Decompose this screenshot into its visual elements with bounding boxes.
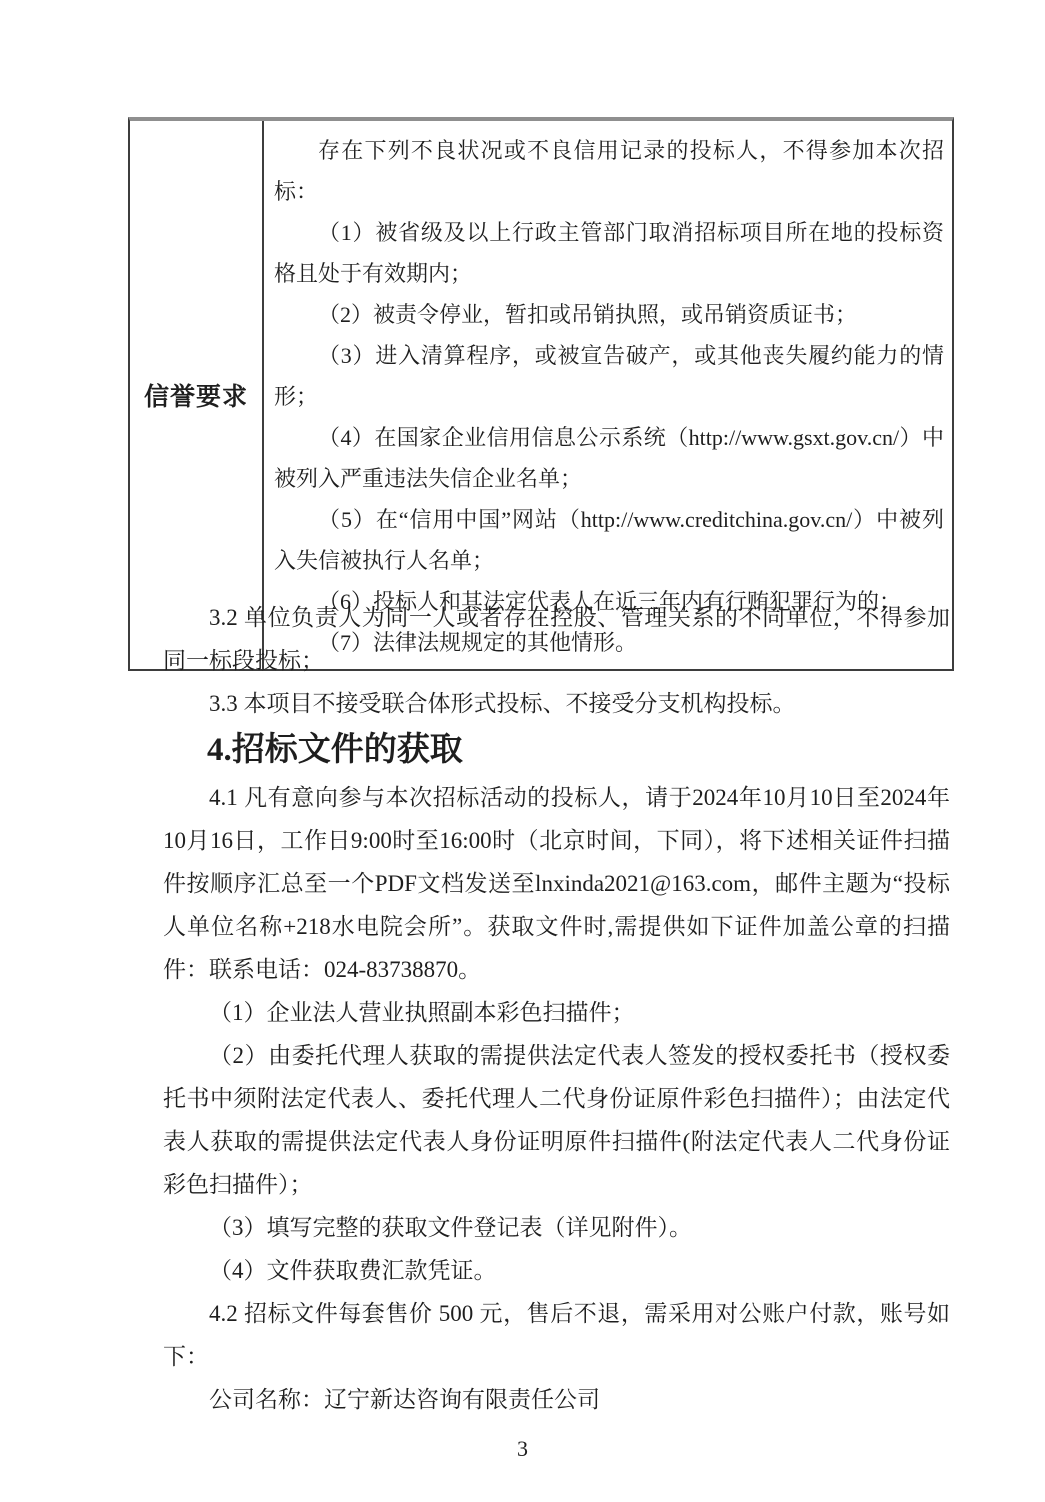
credit-item-5: （5）在“信用中国”网站（http://www.creditchina.gov.…: [274, 499, 944, 581]
doc-item-1: （1）企业法人营业执照副本彩色扫描件；: [163, 991, 950, 1034]
credit-requirements-label: 信誉要求: [144, 377, 248, 413]
clause-4-1: 4.1 凡有意向参与本次招标活动的投标人，请于2024年10月10日至2024年…: [163, 776, 950, 991]
table-label-cell: 信誉要求: [130, 121, 264, 669]
document-page: 信誉要求 存在下列不良状况或不良信用记录的投标人，不得参加本次招标： （1）被省…: [0, 0, 1045, 1502]
credit-intro-line: 存在下列不良状况或不良信用记录的投标人，不得参加本次招标：: [274, 130, 944, 212]
clause-4-2: 4.2 招标文件每套售价 500 元，售后不退，需采用对公账户付款，账号如下：: [163, 1292, 950, 1378]
company-name-line: 公司名称：辽宁新达咨询有限责任公司: [163, 1378, 950, 1421]
credit-item-1: （1）被省级及以上行政主管部门取消招标项目所在地的投标资格且处于有效期内；: [274, 212, 944, 294]
clause-3-2: 3.2 单位负责人为同一人或者存在控股、管理关系的不同单位，不得参加同一标段投标…: [163, 596, 950, 682]
doc-item-4: （4）文件获取费汇款凭证。: [163, 1249, 950, 1292]
credit-item-2: （2）被责令停业，暂扣或吊销执照，或吊销资质证书；: [274, 294, 944, 335]
credit-item-3: （3）进入清算程序，或被宣告破产，或其他丧失履约能力的情形；: [274, 335, 944, 417]
credit-item-4: （4）在国家企业信用信息公示系统（http://www.gsxt.gov.cn/…: [274, 417, 944, 499]
section-4-heading: 4.招标文件的获取: [163, 727, 950, 774]
document-body: 3.2 单位负责人为同一人或者存在控股、管理关系的不同单位，不得参加同一标段投标…: [163, 596, 950, 1421]
clause-3-3: 3.3 本项目不接受联合体形式投标、不接受分支机构投标。: [163, 682, 950, 725]
table-content-cell: 存在下列不良状况或不良信用记录的投标人，不得参加本次招标： （1）被省级及以上行…: [264, 121, 952, 669]
doc-item-3: （3）填写完整的获取文件登记表（详见附件）。: [163, 1206, 950, 1249]
doc-item-2: （2）由委托代理人获取的需提供法定代表人签发的授权委托书（授权委托书中须附法定代…: [163, 1034, 950, 1206]
page-number: 3: [0, 1436, 1045, 1462]
credit-requirements-table: 信誉要求 存在下列不良状况或不良信用记录的投标人，不得参加本次招标： （1）被省…: [128, 117, 954, 671]
